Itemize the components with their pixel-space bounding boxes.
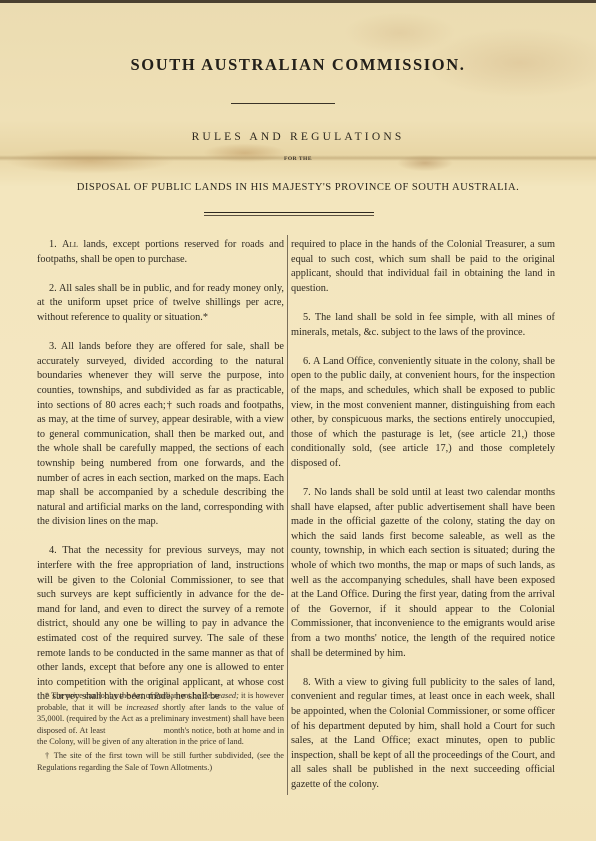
article-number: 1. bbox=[49, 239, 57, 250]
article-4-continued: required to place in the hands of the Co… bbox=[291, 238, 555, 296]
document-subtitle: RULES AND REGULATIONS bbox=[0, 131, 596, 143]
article-lead-word: All bbox=[62, 239, 78, 250]
article-5: 5. The land shall be sold in fee simple,… bbox=[291, 311, 555, 340]
article-1: 1. All lands, except portions reserved f… bbox=[37, 238, 284, 267]
left-column: 1. All lands, except portions reserved f… bbox=[37, 238, 284, 720]
footnote-italic: decreased; bbox=[203, 691, 239, 700]
article-2: 2. All sales shall be in public, and for… bbox=[37, 282, 284, 326]
article-6: 6. A Land Office, conveniently situate i… bbox=[291, 355, 555, 472]
header-double-rule bbox=[204, 212, 374, 216]
article-8: 8. With a view to giving full publicity … bbox=[291, 676, 555, 793]
column-divider-rule bbox=[287, 235, 288, 795]
document-subtitle-line-2: DISPOSAL OF PUBLIC LANDS IN HIS MAJESTY'… bbox=[0, 182, 596, 193]
right-column: required to place in the hands of the Co… bbox=[291, 238, 555, 807]
document-title: SOUTH AUSTRALIAN COMMISSION. bbox=[0, 55, 596, 75]
footnote-town-site: † The site of the first town will be sti… bbox=[37, 750, 284, 773]
article-7: 7. No lands shall be sold until at least… bbox=[291, 486, 555, 661]
title-divider-rule bbox=[231, 103, 335, 104]
document-page: SOUTH AUSTRALIAN COMMISSION. RULES AND R… bbox=[0, 0, 596, 841]
footnotes: * The price cannot by the Act of Parliam… bbox=[37, 690, 284, 773]
subtitle-connector: FOR THE bbox=[0, 156, 596, 162]
footnote-text: * The price cannot by the Act of Parliam… bbox=[45, 691, 201, 700]
footnote-price: * The price cannot by the Act of Parliam… bbox=[37, 690, 284, 748]
article-4: 4. That the necessity for previous surve… bbox=[37, 544, 284, 705]
footnote-italic: increased bbox=[126, 703, 158, 712]
article-3: 3. All lands before they are offered for… bbox=[37, 340, 284, 530]
